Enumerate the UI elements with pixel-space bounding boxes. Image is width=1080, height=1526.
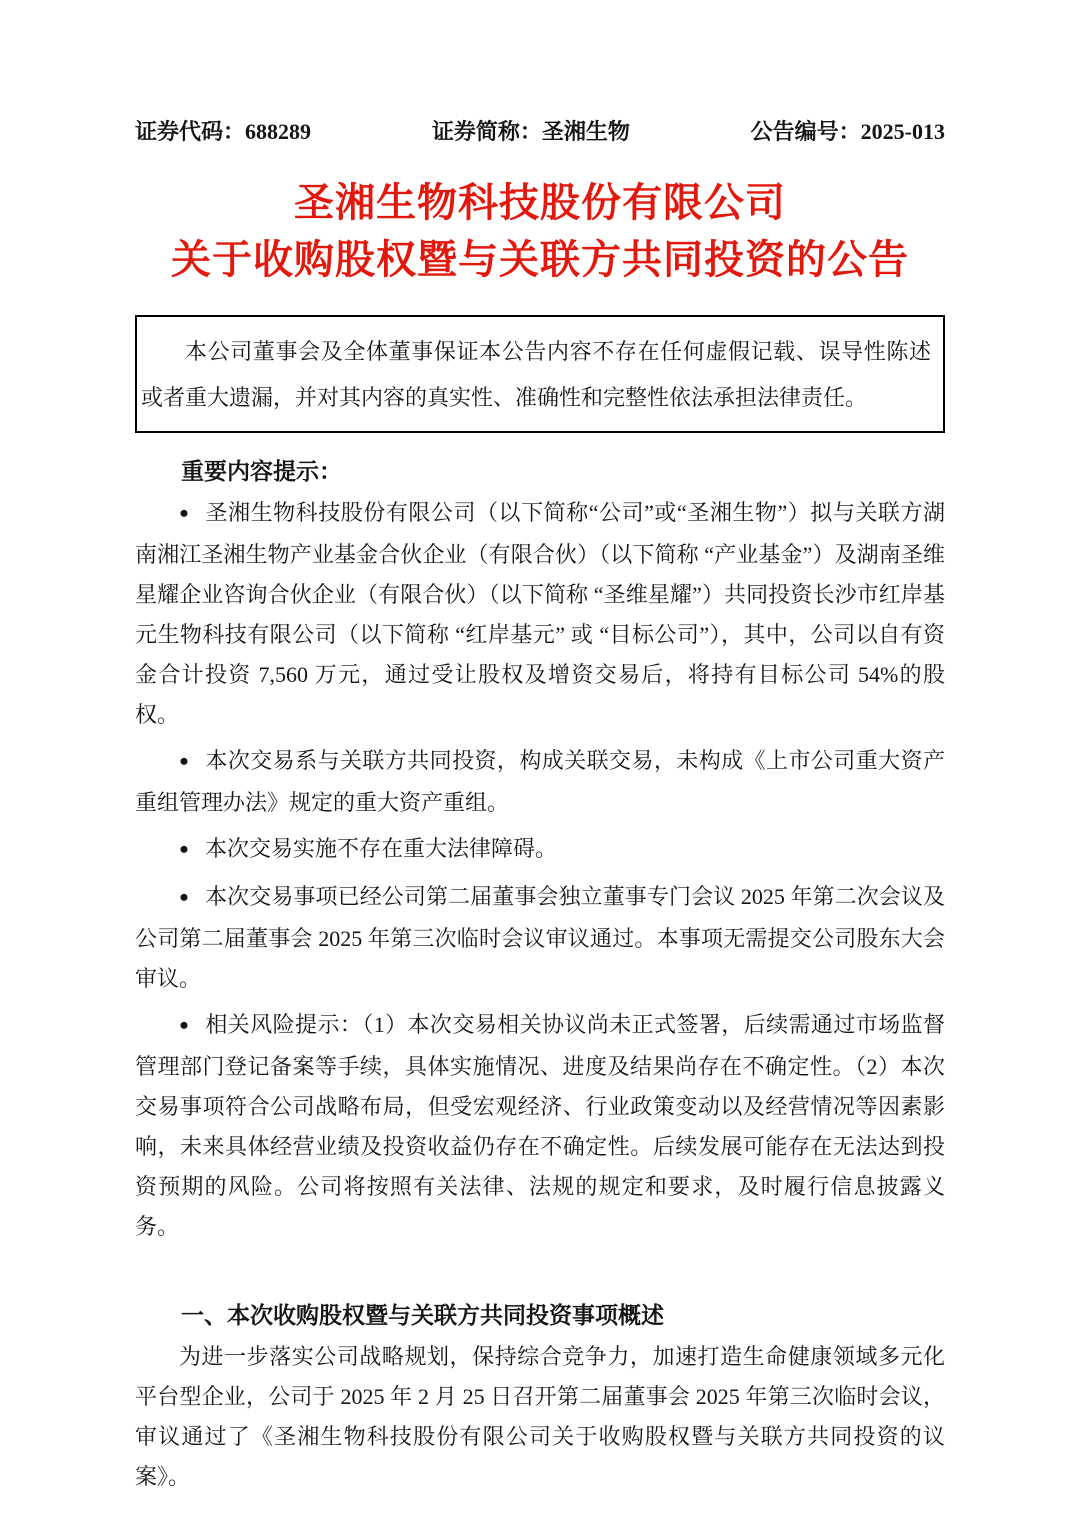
title-line-2: 关于收购股权暨与关联方共同投资的公告: [135, 232, 945, 289]
bullet-icon: ●: [179, 751, 189, 770]
stock-abbr: 证券简称：圣湘生物: [432, 118, 630, 145]
board-disclaimer-box: 本公司董事会及全体董事保证本公告内容不存在任何虚假记载、误导性陈述或者重大遗漏，…: [135, 315, 945, 433]
bullet-text-board-approval: 本次交易事项已经公司第二届董事会独立董事专门会议 2025 年第二次会议及公司第…: [135, 884, 945, 991]
announcement-number: 公告编号：2025-013: [751, 118, 945, 145]
important-notice-heading: 重要内容提示：: [135, 457, 945, 487]
bullet-text-investment: 圣湘生物科技股份有限公司（以下简称“公司”或“圣湘生物”）拟与关联方湖南湘江圣湘…: [135, 500, 945, 727]
bullet-item-investment: ●圣湘生物科技股份有限公司（以下简称“公司”或“圣湘生物”）拟与关联方湖南湘江圣…: [135, 493, 945, 735]
bullet-item-legal-obstacle: ●本次交易实施不存在重大法律障碍。: [135, 829, 945, 871]
disclaimer-text: 本公司董事会及全体董事保证本公告内容不存在任何虚假记载、误导性陈述或者重大遗漏，…: [141, 329, 931, 421]
doc-header: 证券代码：688289 证券简称：圣湘生物 公告编号：2025-013: [135, 118, 945, 145]
bullet-icon: ●: [179, 887, 189, 906]
bullet-icon: ●: [179, 1015, 189, 1034]
bullet-text-legal-obstacle: 本次交易实施不存在重大法律障碍。: [205, 836, 557, 861]
bullet-item-board-approval: ●本次交易事项已经公司第二届董事会独立董事专门会议 2025 年第二次会议及公司…: [135, 877, 945, 999]
section-1-heading: 一、本次收购股权暨与关联方共同投资事项概述: [135, 1301, 945, 1331]
bullet-icon: ●: [179, 839, 189, 858]
title-line-1: 圣湘生物科技股份有限公司: [135, 175, 945, 232]
document-title: 圣湘生物科技股份有限公司 关于收购股权暨与关联方共同投资的公告: [135, 175, 945, 289]
stock-code: 证券代码：688289: [135, 118, 311, 145]
announcement-page: 证券代码：688289 证券简称：圣湘生物 公告编号：2025-013 圣湘生物…: [0, 0, 1080, 1526]
bullet-item-risk-notice: ●相关风险提示：（1）本次交易相关协议尚未正式签署，后续需通过市场监督管理部门登…: [135, 1005, 945, 1247]
section-1-paragraph: 为进一步落实公司战略规划，保持综合竞争力，加速打造生命健康领域多元化平台型企业，…: [135, 1337, 945, 1497]
bullet-icon: ●: [179, 503, 190, 522]
bullet-item-related-transaction: ●本次交易系与关联方共同投资，构成关联交易，未构成《上市公司重大资产重组管理办法…: [135, 741, 945, 823]
bullet-text-related-transaction: 本次交易系与关联方共同投资，构成关联交易，未构成《上市公司重大资产重组管理办法》…: [135, 748, 945, 815]
bullet-text-risk-notice: 相关风险提示：（1）本次交易相关协议尚未正式签署，后续需通过市场监督管理部门登记…: [135, 1012, 945, 1239]
